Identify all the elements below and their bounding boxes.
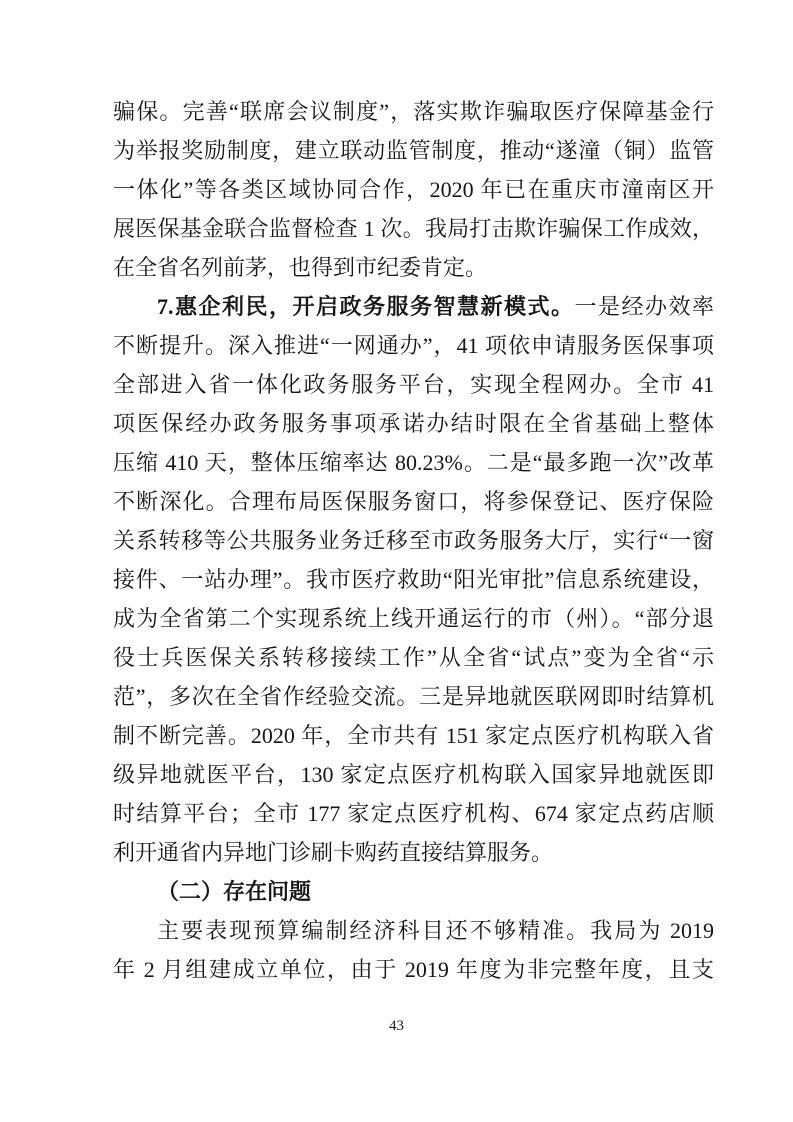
text-run: 级异地就医平台，130 家定点医疗机构联入国家异地就医即	[113, 762, 714, 787]
text-line: 7.惠企利民，开启政务服务智慧新模式。一是经办效率	[113, 287, 714, 326]
text-line: 成为全省第二个实现系统上线开通运行的市（州）。“部分退	[113, 599, 714, 638]
text-line: 压缩 410 天，整体压缩率达 80.23%。二是“最多跑一次”改革	[113, 443, 714, 482]
text-line: 役士兵医保关系转移接续工作”从全省“试点”变为全省“示	[113, 638, 714, 677]
page-number: 43	[0, 1018, 793, 1035]
text-line: 在全省名列前茅，也得到市纪委肯定。	[113, 248, 714, 287]
text-line: 为举报奖励制度，建立联动监管制度，推动“遂潼（铜）监管	[113, 131, 714, 170]
text-run: 为举报奖励制度，建立联动监管制度，推动“遂潼（铜）监管	[113, 138, 714, 163]
text-line: 年 2 月组建成立单位，由于 2019 年度为非完整年度，且支	[113, 950, 714, 989]
text-line: 主要表现预算编制经济科目还不够精准。我局为 2019	[113, 911, 714, 950]
text-run: 时结算平台；全市 177 家定点医疗机构、674 家定点药店顺	[113, 801, 714, 826]
text-run: 制不断完善。2020 年，全市共有 151 家定点医疗机构联入省	[113, 723, 714, 748]
paragraph-fraud-control-continuation: 骗保。完善“联席会议制度”，落实欺诈骗取医疗保障基金行为举报奖励制度，建立联动监…	[113, 92, 714, 287]
text-run: 年 2 月组建成立单位，由于 2019 年度为非完整年度，且支	[113, 957, 714, 982]
text-run: 成为全省第二个实现系统上线开通运行的市（州）。“部分退	[113, 606, 714, 631]
text-line: 不断深化。合理布局医保服务窗口，将参保登记、医疗保险	[113, 482, 714, 521]
heading-text-run: （二）存在问题	[157, 879, 311, 904]
text-line: 关系转移等公共服务业务迁移至市政务服务大厅，实行“一窗	[113, 521, 714, 560]
text-run: 范”，多次在全省作经验交流。三是异地就医联网即时结算机	[113, 684, 714, 709]
text-line: 接件、一站办理”。我市医疗救助“阳光审批”信息系统建设，	[113, 560, 714, 599]
text-line: 展医保基金联合监督检查 1 次。我局打击欺诈骗保工作成效，	[113, 209, 714, 248]
text-run: 不断深化。合理布局医保服务窗口，将参保登记、医疗保险	[113, 489, 714, 514]
paragraph-item-7-smart-services: 7.惠企利民，开启政务服务智慧新模式。一是经办效率不断提升。深入推进“一网通办”…	[113, 287, 714, 872]
text-line: 全部进入省一体化政务服务平台，实现全程网办。全市 41	[113, 365, 714, 404]
text-line: 级异地就医平台，130 家定点医疗机构联入国家异地就医即	[113, 755, 714, 794]
text-line: 制不断完善。2020 年，全市共有 151 家定点医疗机构联入省	[113, 716, 714, 755]
text-run: 关系转移等公共服务业务迁移至市政务服务大厅，实行“一窗	[113, 528, 714, 553]
text-run: 展医保基金联合监督检查 1 次。我局打击欺诈骗保工作成效，	[113, 216, 714, 241]
text-run: 役士兵医保关系转移接续工作”从全省“试点”变为全省“示	[113, 645, 714, 670]
text-run: 主要表现预算编制经济科目还不够精准。我局为 2019	[157, 918, 714, 943]
text-line: 不断提升。深入推进“一网通办”，41 项依申请服务医保事项	[113, 326, 714, 365]
text-block: 骗保。完善“联席会议制度”，落实欺诈骗取医疗保障基金行为举报奖励制度，建立联动监…	[113, 92, 714, 989]
text-run: 项医保经办政务服务事项承诺办结时限在全省基础上整体	[113, 411, 714, 436]
text-line: 骗保。完善“联席会议制度”，落实欺诈骗取医疗保障基金行	[113, 92, 714, 131]
text-line: 范”，多次在全省作经验交流。三是异地就医联网即时结算机	[113, 677, 714, 716]
text-run: 压缩 410 天，整体压缩率达 80.23%。二是“最多跑一次”改革	[113, 450, 714, 475]
paragraph-problems-intro: 主要表现预算编制经济科目还不够精准。我局为 2019年 2 月组建成立单位，由于…	[113, 911, 714, 989]
text-line: 一体化”等各类区域协同合作，2020 年已在重庆市潼南区开	[113, 170, 714, 209]
text-run: 一是经办效率	[574, 294, 714, 319]
heading-text-run: 7.惠企利民，开启政务服务智慧新模式。	[157, 294, 574, 319]
document-page: 骗保。完善“联席会议制度”，落实欺诈骗取医疗保障基金行为举报奖励制度，建立联动监…	[0, 0, 793, 1122]
heading-section-2-problems: （二）存在问题	[113, 872, 714, 911]
text-run: 在全省名列前茅，也得到市纪委肯定。	[113, 255, 487, 280]
text-run: 利开通省内异地门诊刷卡购药直接结算服务。	[113, 840, 553, 865]
text-line: 利开通省内异地门诊刷卡购药直接结算服务。	[113, 833, 714, 872]
text-run: 接件、一站办理”。我市医疗救助“阳光审批”信息系统建设，	[113, 567, 714, 592]
text-run: 骗保。完善“联席会议制度”，落实欺诈骗取医疗保障基金行	[113, 99, 714, 124]
text-line: 时结算平台；全市 177 家定点医疗机构、674 家定点药店顺	[113, 794, 714, 833]
text-run: 全部进入省一体化政务服务平台，实现全程网办。全市 41	[113, 372, 714, 397]
text-run: 一体化”等各类区域协同合作，2020 年已在重庆市潼南区开	[113, 177, 714, 202]
text-line: 项医保经办政务服务事项承诺办结时限在全省基础上整体	[113, 404, 714, 443]
text-run: 不断提升。深入推进“一网通办”，41 项依申请服务医保事项	[113, 333, 714, 358]
text-line: （二）存在问题	[113, 872, 714, 911]
